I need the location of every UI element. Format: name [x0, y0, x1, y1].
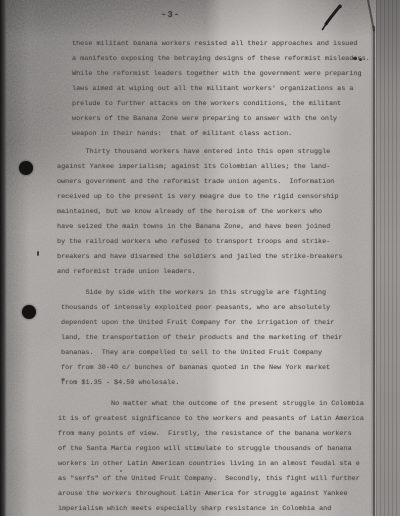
ink-speck — [61, 378, 65, 380]
text-line: by the railroad workers who refused to t… — [57, 235, 343, 250]
page-edge-top-curve — [367, 0, 375, 31]
text-line: and reformist trade union leaders. — [57, 265, 343, 280]
text-line: arouse the workers throughout Latin Amer… — [58, 487, 364, 502]
text-line: for from 30-40 c/ bunches of bananas quo… — [61, 361, 342, 376]
text-line: have seized the main towns in the Banana… — [57, 220, 343, 235]
text-line: breakers and have disarmed the soldiers … — [57, 250, 343, 265]
text-line: Side by side with the workers in this st… — [61, 286, 342, 301]
punch-hole-top-icon — [19, 161, 33, 175]
text-line: as "serfs" of the United Fruit Company. … — [58, 472, 364, 487]
text-line: against Yankee imperialism; against its … — [57, 160, 343, 175]
text-line: imperialism which meets especially sharp… — [58, 502, 364, 516]
bottom-left-corner-nick — [0, 498, 20, 516]
text-line: from $1.35 - $4.50 wholesale. — [61, 376, 342, 391]
text-line: workers of the Banana Zone were preparin… — [72, 112, 370, 127]
text-line: laws aimed at wiping out all the militan… — [72, 82, 370, 97]
text-line: from many points of view. Firstly, the r… — [58, 427, 364, 442]
text-line: bananas. They are compelled to sell to t… — [61, 346, 342, 361]
left-soft-shadow — [0, 0, 30, 516]
scanned-page: -3- these militant banana workers resist… — [0, 0, 400, 516]
text-line: received up to the present is very meagr… — [57, 190, 343, 205]
text-line: a manifesto exposing the betraying desig… — [72, 52, 370, 67]
text-line: weapon in their hands: that of militant … — [72, 127, 370, 142]
text-line: land, the transportation of their produc… — [61, 331, 342, 346]
left-scan-edge — [0, 0, 7, 516]
text-line: dependent upon the United Fruit Company … — [61, 316, 342, 331]
right-strip-streaks — [376, 0, 400, 516]
page-number: -3- — [161, 10, 180, 20]
punch-hole-bottom-icon — [22, 305, 36, 319]
text-line: thousands of intensely exploited poor pe… — [61, 301, 342, 316]
text-line: workers in other Latin American countrie… — [58, 457, 364, 472]
text-line: of the Santa Marta region will stimulate… — [58, 442, 364, 457]
paragraph-3: Side by side with the workers in this st… — [61, 286, 342, 391]
ink-speck — [120, 470, 122, 472]
ink-speck — [359, 58, 362, 61]
page-edge — [373, 26, 375, 516]
paragraph-1: these militant banana workers resisted a… — [72, 37, 370, 142]
text-line: owners government and the reformist trad… — [57, 175, 343, 190]
text-line: prelude to further attacks on the worker… — [72, 97, 370, 112]
text-line: it is of greatest significance to the wo… — [58, 412, 364, 427]
paragraph-4: No matter what the outcome of the presen… — [58, 397, 364, 516]
text-line: While the reformist leaders together wit… — [72, 67, 370, 82]
right-page-strip — [376, 0, 400, 516]
pen-tick-icon — [314, 2, 348, 32]
ink-speck — [353, 57, 357, 60]
text-line: these militant banana workers resisted a… — [72, 37, 370, 52]
text-line: Thirty thousand workers have entered int… — [57, 145, 343, 160]
text-line: No matter what the outcome of the presen… — [58, 397, 364, 412]
text-line: maintained, but we know already of the h… — [57, 205, 343, 220]
ink-speck — [37, 251, 39, 256]
paragraph-2: Thirty thousand workers have entered int… — [57, 145, 343, 280]
